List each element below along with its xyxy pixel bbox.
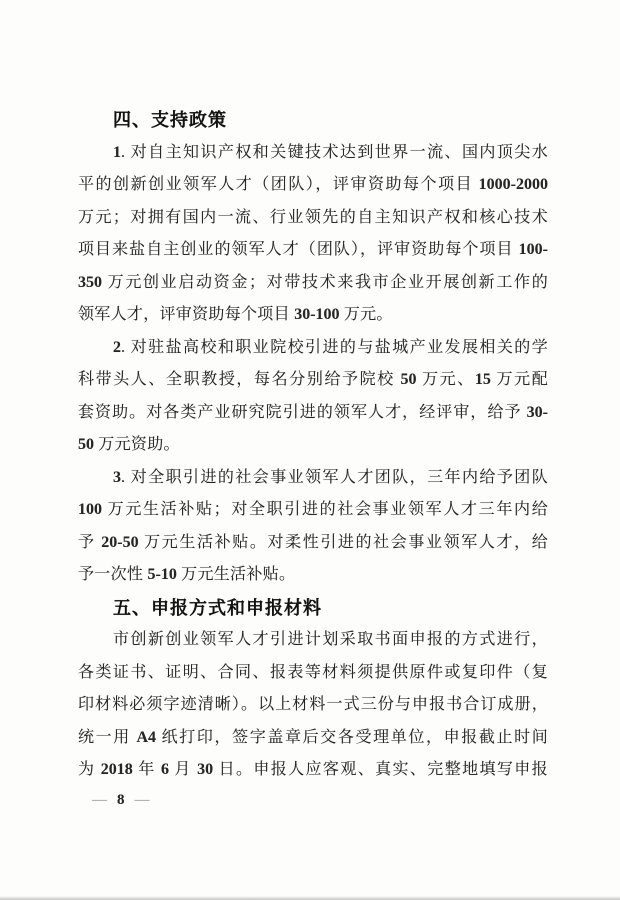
number-text: 30-	[527, 404, 548, 421]
text-line: 予 20-50 万元生活补贴。对柔性引进的社会事业领军人才，给	[78, 527, 548, 560]
number-text: 50	[400, 371, 416, 388]
number-text: 350	[78, 274, 102, 291]
number-text: 5-10	[148, 566, 177, 583]
page-number-dash-right: —	[135, 792, 150, 808]
document-page: 四、支持政策 1. 对自主知识产权和关键技术达到世界一流、国内顶尖水 平的创新创…	[0, 0, 620, 900]
page-number-value: 8	[117, 789, 125, 811]
text-line: 3. 对全职引进的社会事业领军人才团队，三年内给予团队	[78, 462, 548, 495]
text-line: 万元；对拥有国内一流、行业领先的自主知识产权和核心技术	[78, 202, 548, 235]
number-text: 1000-2000	[479, 176, 548, 193]
number-text: 6	[161, 761, 169, 778]
text-line: 科带头人、全职教授，每名分别给予院校 50 万元、15 万元配	[78, 364, 548, 397]
number-text: 2018	[101, 761, 133, 778]
text-line: 予一次性 5-10 万元生活补贴。	[78, 559, 548, 592]
text-line: 领军人才，评审资助每个项目 30-100 万元。	[78, 299, 548, 332]
number-text: 20-50	[101, 534, 138, 551]
number-text: 2	[113, 339, 121, 356]
text-line: 统一用 A4 纸打印，签字盖章后交各受理单位，申报截止时间	[78, 722, 548, 755]
page-number-dash-left: —	[92, 792, 107, 808]
number-text: 100-	[519, 241, 548, 258]
text-line: 为 2018 年 6 月 30 日。申报人应客观、真实、完整地填写申报	[78, 754, 548, 787]
text-line: 项目来盐自主创业的领军人才（团队），评审资助每个项目 100-	[78, 234, 548, 267]
text-line: 2. 对驻盐高校和职业院校引进的与盐城产业发展相关的学	[78, 332, 548, 365]
number-text: 30	[197, 761, 213, 778]
text-line: 各类证书、证明、合同、报表等材料须提供原件或复印件（复	[78, 657, 548, 690]
page-number: —8—	[92, 789, 150, 811]
text-line: 市创新创业领军人才引进计划采取书面申报的方式进行，	[78, 624, 548, 657]
number-text: 50	[78, 436, 94, 453]
section-heading-5: 五、申报方式和申报材料	[78, 592, 548, 625]
section-heading-4: 四、支持政策	[78, 104, 548, 137]
text-line: 平的创新创业领军人才（团队），评审资助每个项目 1000-2000	[78, 169, 548, 202]
number-text: 30-100	[294, 306, 339, 323]
text-line: 套资助。对各类产业研究院引进的领军人才，经评审，给予 30-	[78, 397, 548, 430]
text-line: 1. 对自主知识产权和关键技术达到世界一流、国内顶尖水	[78, 137, 548, 170]
number-text: A4	[136, 729, 156, 746]
text-line: 100 万元生活补贴；对全职引进的社会事业领军人才三年内给	[78, 494, 548, 527]
number-text: 100	[78, 501, 102, 518]
document-text-block: 四、支持政策 1. 对自主知识产权和关键技术达到世界一流、国内顶尖水 平的创新创…	[78, 104, 548, 787]
text-line: 350 万元创业启动资金；对带技术来我市企业开展创新工作的	[78, 267, 548, 300]
number-text: 1	[113, 144, 121, 161]
number-text: 3	[113, 469, 121, 486]
number-text: 15	[475, 371, 491, 388]
text-line: 印材料必须字迹清晰）。以上材料一式三份与申报书合订成册，	[78, 689, 548, 722]
text-line: 50 万元资助。	[78, 429, 548, 462]
